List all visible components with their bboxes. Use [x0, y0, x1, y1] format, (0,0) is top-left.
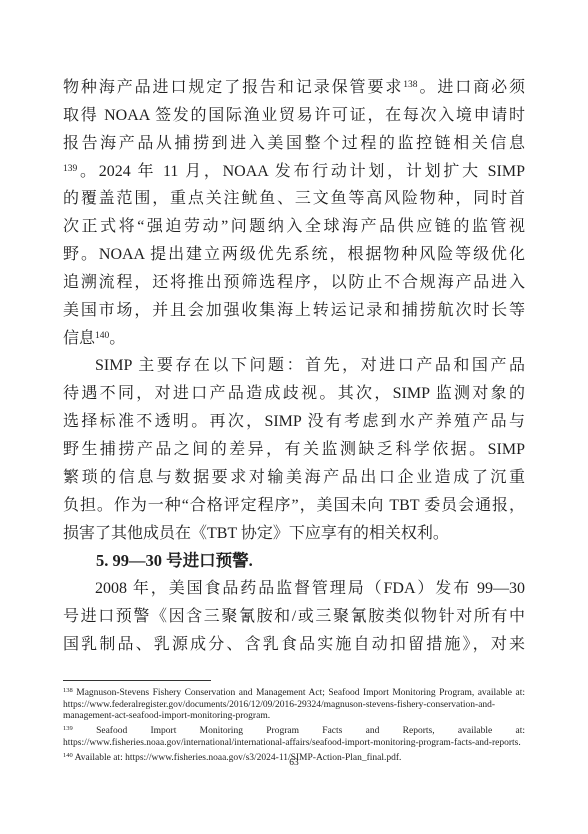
text-line: 报告海产品从捕捞到进入美国整个过程的监控链相关信息 [63, 130, 525, 158]
text-line: 损害了其他成员在《TBT 协定》下应享有的相关权利。 [63, 520, 525, 548]
footnote-number: 138 [63, 687, 73, 694]
footnote-text: Magnuson-Stevens Fishery Conservation an… [63, 688, 525, 721]
text-line: 2008 年，美国食品药品监督管理局（FDA）发布 99—30 [63, 575, 525, 603]
text-line: 野生捕捞产品之间的差异，有关监测缺乏科学依据。SIMP [63, 436, 525, 464]
line-text: 信息 [63, 330, 95, 347]
line-text: 的覆盖范围，重点关注鱿鱼、三文鱼等高风险物种，同时首 [63, 190, 525, 207]
line-text: 次正式将“强迫劳动”问题纳入全球海产品供应链的监管视 [63, 218, 525, 235]
line-text: SIMP 主要存在以下问题：首先，对进口产品和国产品 [95, 357, 525, 374]
footnote-138: 138 Magnuson-Stevens Fishery Conservatio… [63, 685, 525, 723]
line-text: 。2024 年 11 月，NOAA 发布行动计划，计划扩大 SIMP [77, 163, 525, 180]
body-text: 物种海产品进口规定了报告和记录保管要求138。进口商必须 取得 NOAA 签发的… [63, 74, 525, 659]
line-text: 选择标准不透明。再次，SIMP 没有考虑到水产养殖产品与 [63, 413, 525, 430]
text-line: 的覆盖范围，重点关注鱿鱼、三文鱼等高风险物种，同时首 [63, 185, 525, 213]
line-text: 待遇不同，对进口产品造成歧视。其次，SIMP 监测对象的 [63, 385, 525, 402]
text-line: 139。2024 年 11 月，NOAA 发布行动计划，计划扩大 SIMP [63, 158, 525, 186]
text-line: 国乳制品、乳源成分、含乳食品实施自动扣留措施》，对来 [63, 631, 525, 659]
text-line: SIMP 主要存在以下问题：首先，对进口产品和国产品 [63, 352, 525, 380]
text-line: 号进口预警《因含三聚氰胺和/或三聚氰胺类似物针对所有中 [63, 603, 525, 631]
text-line: 美国市场，并且会加强收集海上转运记录和捕捞航次时长等 [63, 297, 525, 325]
footnote-ref-140: 140 [95, 331, 109, 341]
text-line: 负担。作为一种“合格评定程序”，美国未向 TBT 委员会通报， [63, 492, 525, 520]
text-line: 次正式将“强迫劳动”问题纳入全球海产品供应链的监管视 [63, 213, 525, 241]
heading-text: 5. 99—30 号进口预警. [96, 551, 253, 570]
text-line: 追溯流程，还将推出预筛选程序，以防止不合规海产品进入 [63, 269, 525, 297]
text-line: 信息140。 [63, 325, 525, 353]
section-heading: 5. 99—30 号进口预警. [63, 547, 525, 575]
text-line: 待遇不同，对进口产品造成歧视。其次，SIMP 监测对象的 [63, 380, 525, 408]
line-text: 繁琐的信息与数据要求对输美海产品出口企业造成了沉重 [63, 469, 525, 486]
text-line: 取得 NOAA 签发的国际渔业贸易许可证，在每次入境申请时 [63, 102, 525, 130]
line-text: 追溯流程，还将推出预筛选程序，以防止不合规海产品进入 [63, 274, 525, 291]
page-number: 63 [0, 758, 588, 768]
line-text: 国乳制品、乳源成分、含乳食品实施自动扣留措施》，对来 [63, 636, 525, 653]
footnotes-section: 138 Magnuson-Stevens Fishery Conservatio… [63, 680, 525, 764]
line-text: 损害了其他成员在《TBT 协定》下应享有的相关权利。 [63, 525, 449, 542]
line-text: 负担。作为一种“合格评定程序”，美国未向 TBT 委员会通报， [63, 497, 525, 514]
text-line: 繁琐的信息与数据要求对输美海产品出口企业造成了沉重 [63, 464, 525, 492]
footnote-ref-139: 139 [63, 164, 77, 174]
line-text: 美国市场，并且会加强收集海上转运记录和捕捞航次时长等 [63, 302, 525, 319]
line-text: 报告海产品从捕捞到进入美国整个过程的监控链相关信息 [63, 135, 525, 152]
line-text: 。 [109, 330, 125, 347]
line-text: 取得 NOAA 签发的国际渔业贸易许可证，在每次入境申请时 [63, 107, 525, 124]
text-line: 选择标准不透明。再次，SIMP 没有考虑到水产养殖产品与 [63, 408, 525, 436]
line-text: 2008 年，美国食品药品监督管理局（FDA）发布 99—30 [95, 580, 525, 597]
text-line: 野。NOAA 提出建立两级优先系统，根据物种风险等级优化 [63, 241, 525, 269]
line-text: 野生捕捞产品之间的差异，有关监测缺乏科学依据。SIMP [63, 441, 525, 458]
footnote-text: Seafood Import Monitoring Program Facts … [63, 726, 525, 748]
document-page: 物种海产品进口规定了报告和记录保管要求138。进口商必须 取得 NOAA 签发的… [0, 0, 588, 834]
line-text: 。进口商必须 [418, 79, 525, 96]
text-line: 物种海产品进口规定了报告和记录保管要求138。进口商必须 [63, 74, 525, 102]
footnote-139: 139 Seafood Import Monitoring Program Fa… [63, 723, 525, 749]
footnote-ref-138: 138 [403, 80, 417, 90]
line-text: 号进口预警《因含三聚氰胺和/或三聚氰胺类似物针对所有中 [63, 608, 525, 625]
line-text: 物种海产品进口规定了报告和记录保管要求 [63, 79, 403, 96]
footnote-separator [63, 680, 211, 681]
footnote-number: 139 [63, 725, 73, 732]
line-text: 野。NOAA 提出建立两级优先系统，根据物种风险等级优化 [63, 246, 525, 263]
